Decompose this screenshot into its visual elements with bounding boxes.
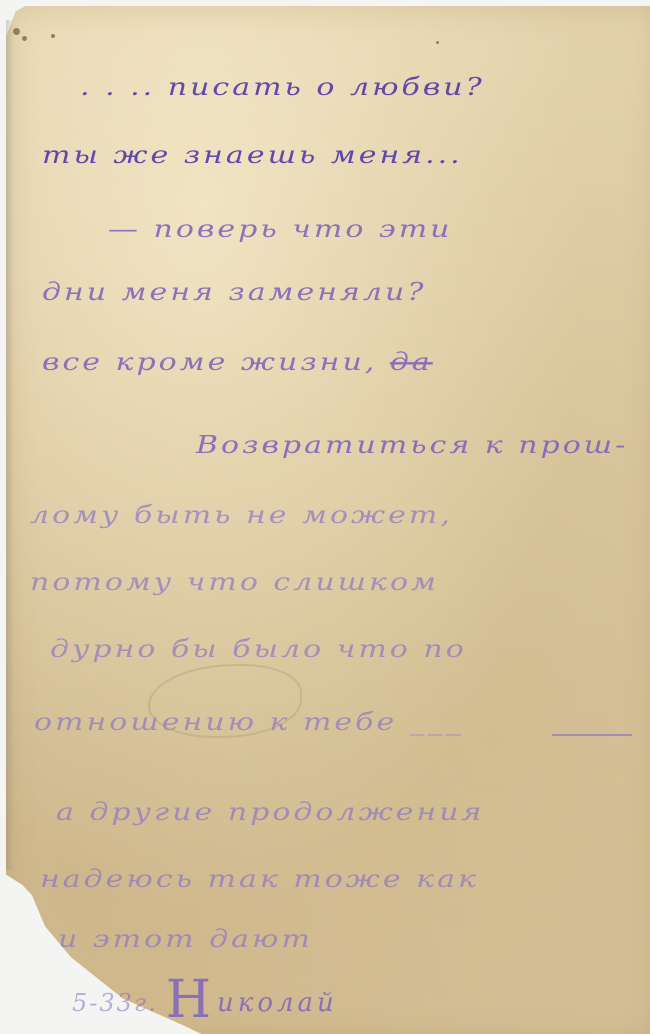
ink-stain xyxy=(13,28,20,35)
letter-line-5: все кроме жизни, да xyxy=(42,349,433,377)
struck-out-word: да xyxy=(390,349,433,377)
ink-stain xyxy=(22,36,27,41)
letter-line-12: надеюсь так тоже как xyxy=(40,866,479,894)
underline-dash xyxy=(552,734,632,736)
letter-line-8: потому что слишком xyxy=(30,569,439,597)
letter-line-6: Возвратиться к прош- xyxy=(196,432,628,460)
letter-line-7: лому быть не может, xyxy=(30,502,453,530)
letter-line-4: дни меня заменяли? xyxy=(42,279,426,307)
letter-line-10: отношению к тебе ___ xyxy=(34,709,464,737)
letter-line-11: а другие продолжения xyxy=(56,799,484,827)
signature: 5-33г.Николай xyxy=(72,970,338,1030)
letter-line-13: и этот дают xyxy=(58,926,313,954)
ink-stain xyxy=(51,34,55,38)
letter-line-1: . . .. писать о любви? xyxy=(80,74,485,102)
letter-line-3: — поверь что эти xyxy=(108,216,452,244)
letter-line-9: дурно бы было что по xyxy=(50,636,467,664)
signature-date: 5-33г. xyxy=(72,989,158,1017)
line-text: все кроме жизни, xyxy=(42,349,377,377)
ink-stain xyxy=(436,41,439,44)
signature-name: иколай xyxy=(217,988,338,1018)
signature-initial: Н xyxy=(166,970,211,1030)
letter-line-2: ты же знаешь меня... xyxy=(42,142,463,170)
paper-edge-shadow xyxy=(6,20,14,870)
